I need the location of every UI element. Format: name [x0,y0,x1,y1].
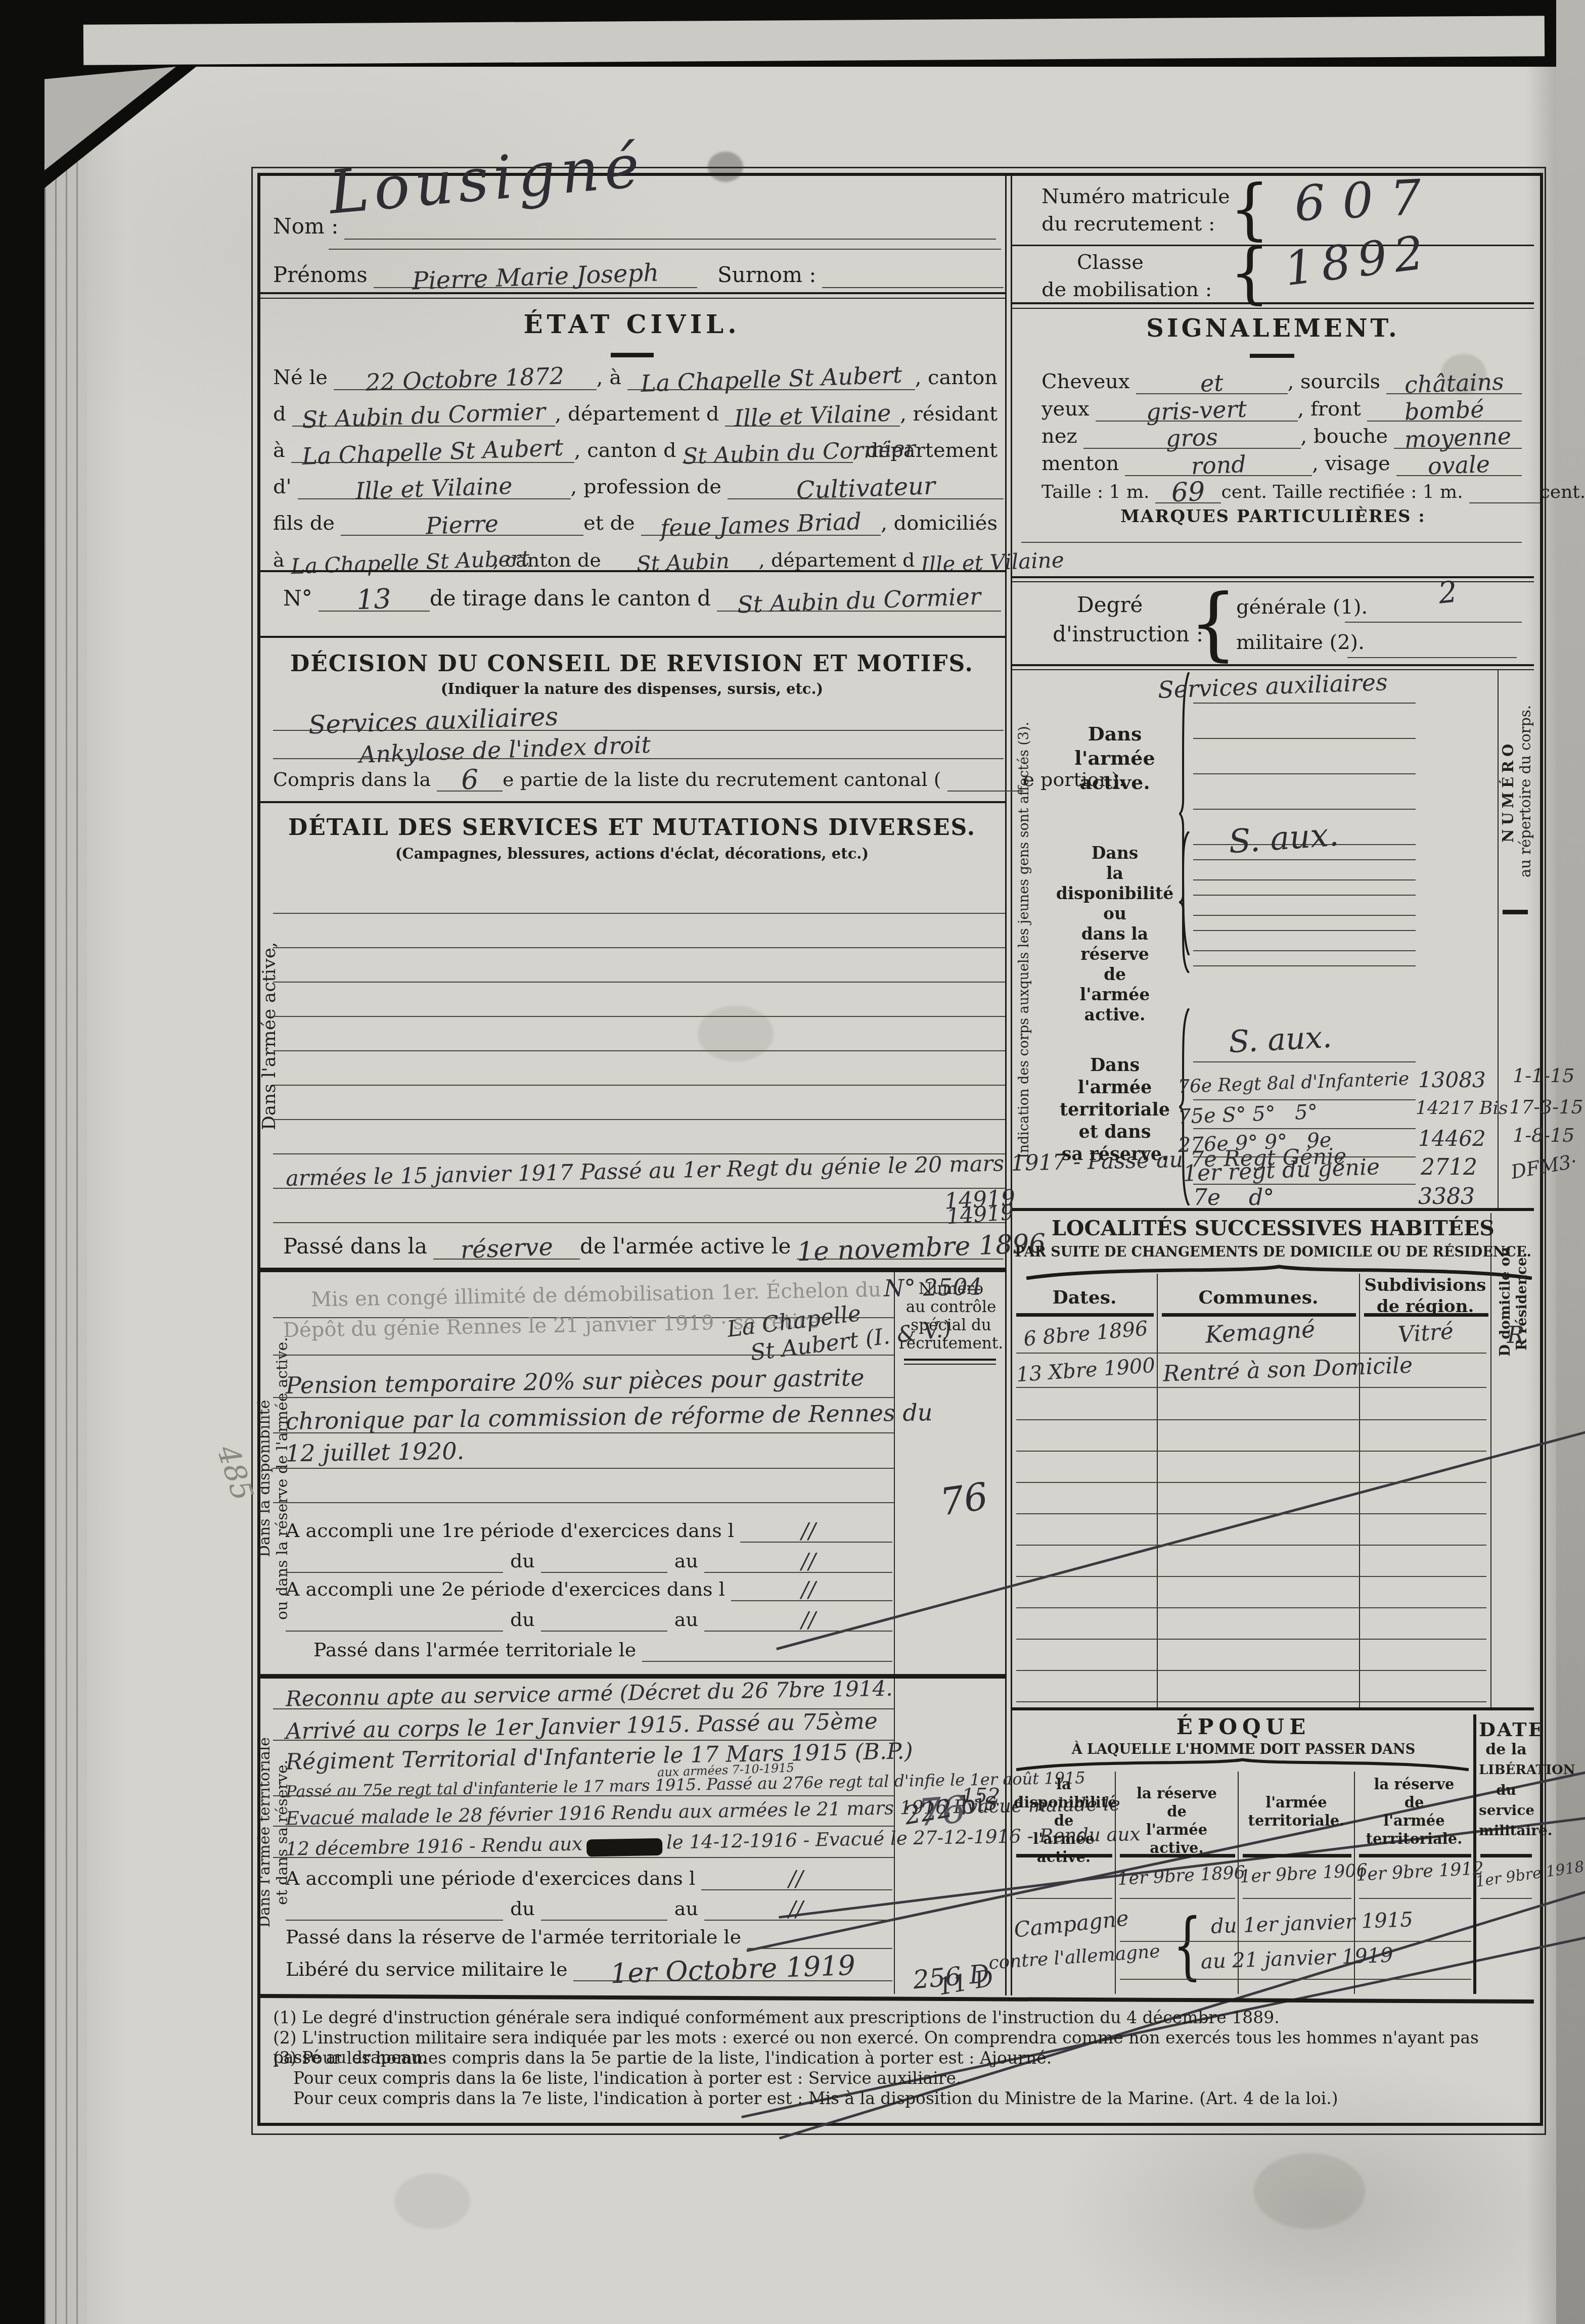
epoque-subtitle: À LAQUELLE L'HOMME DOIT PASSER DANS [1012,1742,1475,1757]
corps-dispo-label: Dans la disponibilité ou dans la réserve… [1054,843,1175,1025]
field-label: Libéré du service militaire le [286,1958,573,1981]
field-label: fils de [273,512,341,536]
vertical-label: NUMÉRO [1500,677,1517,905]
field-value [740,1542,892,1543]
label-line: la réserve [1117,1784,1236,1802]
field-label: du [503,1608,541,1632]
nom-row: Nom : [273,211,996,240]
localites-col-dr: D domicile ou R résidence. [1497,1223,1532,1380]
section-rule [1012,1707,1534,1710]
handwritten-value: ovale [1428,453,1490,478]
passe-territoriale-row: Passé dans l'armée territoriale le [313,1636,892,1662]
handwritten-value: gris-vert [1146,398,1247,424]
field-label: menton [1041,452,1125,476]
header-rule [1016,1313,1154,1317]
field-value: gris-vert [1096,397,1298,422]
label-line: de [1356,1793,1472,1811]
corps-terr-label: Dans l'armée territoriale et dans sa rés… [1054,1054,1175,1166]
field-label: à [273,439,291,463]
field-label: à [273,549,291,572]
label-line: Subdivisions [1361,1275,1489,1296]
field-value: St Aubin du Cormier [717,586,1001,612]
etat-row-2: d St Aubin du Cormier , département d Il… [273,398,1004,427]
label-line: la réserve [1356,1775,1472,1793]
box-rule [1012,308,1534,309]
field-label: au [667,1897,704,1921]
label-line: l'armée [1356,1811,1472,1830]
field-value: St Aubin du Cormier [292,402,555,427]
tirage-row: N° 13 de tirage dans le canton d St Aubi… [283,582,1001,612]
section-rule [260,636,1005,638]
fill-line [1016,1898,1112,1899]
header-rule [260,292,1005,294]
field-value: châtains [1386,369,1522,394]
fill-line [1016,1387,1486,1388]
surnom-label: Surnom : [697,262,823,288]
field-value: La Chapelle St Aubert [291,438,574,463]
signalement-title: SIGNALEMENT. [1012,314,1534,343]
label-line: la [1014,1775,1114,1793]
overbrace-ornament [1016,1758,1469,1771]
detail-title: DÉTAIL DES SERVICES ET MUTATIONS DIVERSE… [260,815,1004,841]
field-label: , visage [1312,452,1396,476]
label-line: militaire. [1479,1821,1533,1841]
etat-row-4: d' Ille et Vilaine , profession de Culti… [273,471,1004,499]
regiment-number: 13083 [1418,1067,1486,1092]
field-label: , sourcils [1288,370,1386,394]
menton-row: menton rond , visage ovale [1041,449,1522,476]
header-rule [1120,1854,1235,1857]
field-value [541,1920,667,1921]
label-line: territoriale. [1356,1830,1472,1848]
label-line: du service [1479,1780,1533,1821]
label-line: territoriale. [1240,1811,1353,1830]
field-value [642,1661,892,1662]
field-value: 13 [319,583,430,612]
field-value: ovale [1396,451,1522,476]
decision-subtitle: (Indiquer la nature des dispenses, sursi… [260,680,1004,698]
field-label: nez [1041,425,1083,449]
regiment-date: 17-3-15 [1509,1096,1583,1118]
matricule-label: Numéro matricule [1041,185,1230,208]
field-label: , canton d [574,439,683,463]
field-value [704,1631,892,1632]
label-line: Dans [1054,843,1175,863]
handwritten-value: 13 [356,586,392,613]
header-rule [1480,1854,1532,1857]
prenoms-value: Pierre Marie Joseph [374,262,697,288]
field-value: Cultivateur [728,474,1004,499]
field-value: La Chapelle St Aubert [291,549,493,572]
field-value: 1er Octobre 1919 [573,1954,892,1981]
label-line: militaire (2). [1236,631,1365,654]
numero-column-divider [1498,670,1499,1208]
epoque-col4-header: la réserve de l'armée territoriale. [1356,1775,1472,1848]
epoque-col2-header: la réserve de l'armée active. [1117,1784,1236,1857]
label-line: dans la réserve [1054,924,1175,964]
ditto-slash: // [801,1577,816,1602]
title-ornament [1250,354,1294,358]
handwritten-value: 1er Octobre 1919 [610,1953,855,1987]
ditto-slash: // [801,1549,816,1573]
vertical-label: Dans la disponibilité [256,1284,274,1673]
header-rule [1243,1854,1351,1857]
fill-line [1120,1979,1471,1980]
ruled-area [1193,668,1416,952]
fill-line [1193,930,1416,931]
fill-line [273,1826,894,1827]
epoque-col1-header: la disponibilité de l'armée active. [1014,1775,1114,1866]
fill-line [1347,657,1517,658]
regiment-date: 1-1-15 [1513,1064,1574,1087]
classe-label2: de mobilisation : [1041,278,1212,301]
field-value [1469,502,1540,503]
instruction-generale-value: 2 [1437,574,1459,610]
brace-icon: { [1173,1910,1202,1982]
fill-line [1359,1898,1471,1899]
field-label: au [667,1608,704,1632]
fill-line [1120,1898,1235,1899]
field-value: bombé [1367,397,1522,422]
instruction-label-2: d'instruction : [1053,622,1203,646]
ditto-slash: // [789,1866,803,1891]
brace-icon: { [1230,176,1270,243]
fill-line [1120,1941,1471,1942]
label-line: l'armée active. [1054,746,1175,795]
handwritten-value: réserve [460,1236,553,1262]
label-line: sa réserve. [1054,1143,1175,1166]
title-ornament [611,353,654,357]
fill-line [273,1468,894,1469]
label-line: l'armée active. [1117,1821,1236,1857]
fill-line [273,1432,894,1433]
brace-icon: { [1189,583,1237,663]
label-line: et dans [1054,1121,1175,1143]
section-rule [260,570,1005,572]
section-rule [260,801,1005,803]
reserve-row: Passé dans la réserve de l'armée active … [283,1229,1004,1260]
brace-icon: { [1230,240,1270,306]
field-value [286,1920,503,1921]
matricule-label2: du recrutement : [1041,212,1215,236]
field-value: moyenne [1394,424,1522,449]
label-line: générale (1). [1236,595,1368,619]
terr-reserve-row: Passé dans la réserve de l'armée territo… [286,1923,892,1949]
corps-active-label: Dans l'armée active. [1054,722,1175,795]
fill-line [1345,622,1522,623]
field-value [541,1572,667,1573]
label-line: du recrutement : [1041,212,1215,236]
thick-divider [260,1268,1005,1272]
fill-line [1193,1099,1416,1100]
field-label: Cheveux [1041,370,1136,394]
handwritten-value: Pierre [425,513,499,537]
ditto-slash: // [801,1518,816,1543]
field-label: et de [583,512,641,536]
field-value: St Aubin [607,549,759,572]
field-label: Passé dans l'armée territoriale le [313,1639,642,1662]
controle-rule [904,1364,996,1365]
field-label: A accompli une 1re période d'exercices d… [286,1519,740,1543]
matricule-value: 607 [1293,168,1440,233]
vertical-label: Indication des corps auxquels les jeunes… [1016,677,1032,1203]
field-label: , profession de [571,475,728,499]
vertical-label: R résidence. [1513,1223,1530,1380]
nom-line [344,239,996,240]
handwritten-value: Cultivateur [796,475,935,502]
field-label: cent. Taille rectifiée : 1 m. [1221,482,1469,503]
field-label: A accompli une période d'exercices dans … [286,1867,701,1890]
box-divider [1012,245,1534,246]
field-label: , à [597,366,627,390]
label-line: de [1014,1811,1114,1830]
field-label: N° [283,586,319,612]
field-label: Passé dans la réserve de l'armée territo… [286,1926,747,1949]
section-rule [1012,1208,1534,1211]
controle-rule [904,1359,996,1361]
field-label: cent. [1540,482,1585,503]
date-column-divider [1473,1714,1476,1994]
field-label: du [503,1550,541,1573]
field-label: Compris dans la [273,768,437,792]
regiment-name: 75e S° 5° 5° [1178,1100,1318,1129]
surnom-line [822,287,1004,288]
field-label: de tirage dans le canton d [430,586,717,612]
fill-line [329,249,1001,250]
header-rule [260,298,1005,299]
vertical-label: Dans l'armée territoriale [256,1683,274,1981]
field-value: 1e novembre 1896 [797,1233,1004,1260]
label-line: Numéro matricule [1041,185,1230,208]
handwritten-value: feue James Briad [660,510,862,540]
label-line: Dans [1054,722,1175,746]
handwritten-value: châtains [1404,371,1504,397]
label-line: de [1054,964,1175,985]
stain [1254,2153,1365,2229]
field-label: Passé dans la [283,1234,433,1260]
field-label: , département d [555,402,726,427]
pension-line3: 12 juillet 1920. [286,1437,465,1467]
fill-line [273,1355,894,1356]
detail-subtitle: (Campagnes, blessures, actions d'éclat, … [260,845,1004,862]
section-rule [1012,664,1534,666]
regiment-number: 3383 [1418,1184,1475,1210]
localites-col-subdiv: Subdivisions de région. [1361,1275,1489,1317]
label-line: territoriale [1054,1099,1175,1121]
fill-line [273,1397,894,1398]
fill-line [1193,1061,1416,1062]
numero-repertoire-label: NUMÉRO au répertoire du corps. [1500,677,1535,905]
handwritten-value: 22 Octobre 1872 [366,365,565,394]
ditto-slash: // [801,1607,816,1632]
fill-line [1243,1898,1351,1899]
compris-row: Compris dans la 6 e partie de la liste d… [273,764,1004,792]
decision-row-2: Ankylose de l'index droit [273,731,1004,759]
field-label: de l'armée active le [580,1234,797,1260]
fill-line [1193,895,1416,896]
localites-col-communes: Communes. [1159,1287,1358,1308]
footnote-4: Pour ceux compris dans la 6e liste, l'in… [293,2068,1527,2088]
brace-icon [1174,831,1191,973]
handwritten-value: Ille et Vilaine [734,402,891,430]
field-value [286,1572,503,1573]
field-value: Ankylose de l'index droit [273,736,1004,759]
field-label: yeux [1041,397,1096,422]
field-label: Taille : 1 m. [1041,482,1155,503]
scanned-register-page: Lousigné Nom : Prénoms Pierre Marie Jose… [0,0,1585,2324]
handwritten-value: et [1200,372,1224,395]
fill-line [1480,1898,1532,1899]
regiment-number: 2712 [1421,1154,1477,1180]
etat-row-5: fils de Pierre et de feue James Briad , … [273,507,1004,536]
corps-dispo-value: S. aux. [1228,816,1340,861]
field-label: , canton [915,366,1004,390]
corps-margin-note: 14919 [944,1185,1016,1214]
yeux-row: yeux gris-vert , front bombé [1041,394,1522,422]
fill-line [273,1857,894,1858]
nez-row: nez gros , bouche moyenne [1041,422,1522,449]
decision-title: DÉCISION DU CONSEIL DE REVISION ET MOTIF… [260,651,1004,677]
prenoms-row: Prénoms Pierre Marie Joseph Surnom : [273,259,1004,288]
ditto-slash: // [789,1896,803,1921]
fill-line [1193,859,1416,860]
page-top-edge [83,16,1545,65]
field-label: A accompli une 2e période d'exercices da… [286,1578,731,1601]
field-label: d [273,402,292,427]
fill-line [273,1795,894,1796]
field-value: 69 [1155,477,1221,503]
handwritten-value: gros [1165,426,1218,450]
handwritten-value: 6 [461,766,479,793]
handwritten-value: 12 décembre 1916 - Rendu aux [286,1833,583,1860]
field-value [286,1631,503,1632]
handwritten-value: 69 [1171,480,1206,506]
field-value [947,791,1023,792]
page-stack-edges [44,67,87,2324]
label-line: l'armée active. [1054,985,1175,1025]
field-value: Ille et Vilaine [921,549,1004,572]
localites-title: LOCALITÉS SUCCESSIVES HABITÉES [1012,1216,1534,1240]
stain [394,2173,470,2229]
field-value: La Chapelle St Aubert [627,365,915,390]
regiment-name: 7e d° [1193,1185,1274,1211]
box-rule [1012,302,1534,304]
label-line: Dans l'armée [1054,1054,1175,1099]
field-label: d' [273,475,298,499]
header-rule [1359,1854,1471,1857]
field-label: , front [1298,397,1367,422]
epoque-title: ÉPOQUE [1012,1714,1475,1739]
label-line: l'armée active. [1014,1830,1114,1866]
subcolumn-divider [894,1272,895,1994]
localites-col-dates: Dates. [1014,1287,1155,1308]
label-line: LIBÉRATION [1479,1760,1533,1780]
field-value [704,1572,892,1573]
numero-label-rule [1503,910,1528,914]
footnote-5: Pour ceux compris dans la 7e liste, l'in… [293,2088,1527,2108]
field-value: Services auxiliaires [273,706,1004,731]
field-label: , département d [759,549,921,572]
territoriale-side-label: Dans l'armée territoriale et dans sa rés… [256,1683,288,1981]
marques-label: MARQUES PARTICULIÈRES : [1012,506,1534,527]
etat-row-6: à La Chapelle St Aubert , canton de St A… [273,544,1004,572]
etat-row-3: à La Chapelle St Aubert , canton d St Au… [273,435,1004,463]
field-value: Pierre [341,511,583,536]
label-line: de [1117,1802,1236,1821]
classe-label: Classe [1077,251,1144,274]
libere-row: Libéré du service militaire le 1er Octob… [286,1949,892,1981]
ruled-area [1016,1389,1486,1705]
regiment-number: 14462 [1418,1126,1486,1151]
localites-subtitle: PAR SUITE DE CHANGEMENTS DE DOMICILE OU … [1012,1244,1534,1260]
field-value: rond [1125,451,1312,476]
regiment-number: 14217 Bis [1416,1098,1508,1119]
prenoms-label: Prénoms [273,262,374,288]
corps-terr-value: S. aux. [1228,1019,1333,1060]
label-line: Degré [1077,592,1143,617]
dispo-side-label: Dans la disponibilité ou dans la réserve… [256,1284,288,1673]
redaction-blob [586,1838,663,1856]
localite-dr: R [1496,1321,1536,1349]
regiment-date: 1-8-15 [1513,1124,1574,1146]
handwritten-value: bombé [1405,398,1485,423]
label-line: l'armée [1240,1793,1353,1811]
fill-line [1193,965,1416,966]
field-value: et [1136,369,1288,394]
header-rule [1016,1854,1112,1857]
vertical-label: D domicile ou [1497,1223,1513,1380]
field-value: St Aubin du Cormier [683,439,853,463]
footnote-3: (3) Pour les hommes compris dans la 5e p… [273,2048,1527,2068]
header-rule [1364,1313,1488,1317]
label-line: de mobilisation : [1041,278,1212,301]
label-line: ou [1054,904,1175,924]
field-value: Ille et Vilaine [725,402,900,427]
field-value: 6 [437,764,503,792]
handwritten-value: rond [1191,453,1246,477]
vertical-label: au répertoire du corps. [1517,677,1534,905]
etat-row-1: Né le 22 Octobre 1872 , à La Chapelle St… [273,362,1004,390]
handwritten-value: moyenne [1404,425,1511,451]
label-line: DATE [1479,1719,1533,1740]
footnote-1: (1) Le degré d'instruction générale sera… [273,2008,1527,2027]
fill-line [1021,542,1522,543]
field-label: , domiciliés [881,512,1004,536]
field-label: du [503,1897,541,1921]
label-line: d'instruction : [1053,622,1203,646]
decision-row-1: Services auxiliaires [273,703,1004,731]
field-label: , résidant [900,402,1004,427]
nom-label: Nom : [273,214,344,240]
epoque-date-header: DATE de la LIBÉRATION du service militai… [1479,1719,1533,1841]
corps-side-label: Indication des corps auxquels les jeunes… [1016,677,1045,1203]
table-column-line [1490,1213,1491,1707]
label-line: disponibilité [1014,1793,1114,1811]
label-line: de la [1479,1740,1533,1760]
instruction-generale-label: générale (1). [1236,595,1368,619]
cheveux-row: Cheveux et , sourcils châtains [1041,367,1522,394]
instruction-label-1: Degré [1077,592,1143,617]
instruction-militaire-label: militaire (2). [1236,631,1365,654]
field-label: Né le [273,366,334,390]
etat-civil-title: ÉTAT CIVIL. [260,309,1004,339]
epoque-col3-header: l'armée territoriale. [1240,1793,1353,1830]
fill-line [273,1502,894,1503]
handwritten-value: Ille et Vilaine [355,475,513,503]
field-value [541,1631,667,1632]
label-line: la disponibilité [1054,863,1175,904]
column-divider [1005,176,1007,1995]
